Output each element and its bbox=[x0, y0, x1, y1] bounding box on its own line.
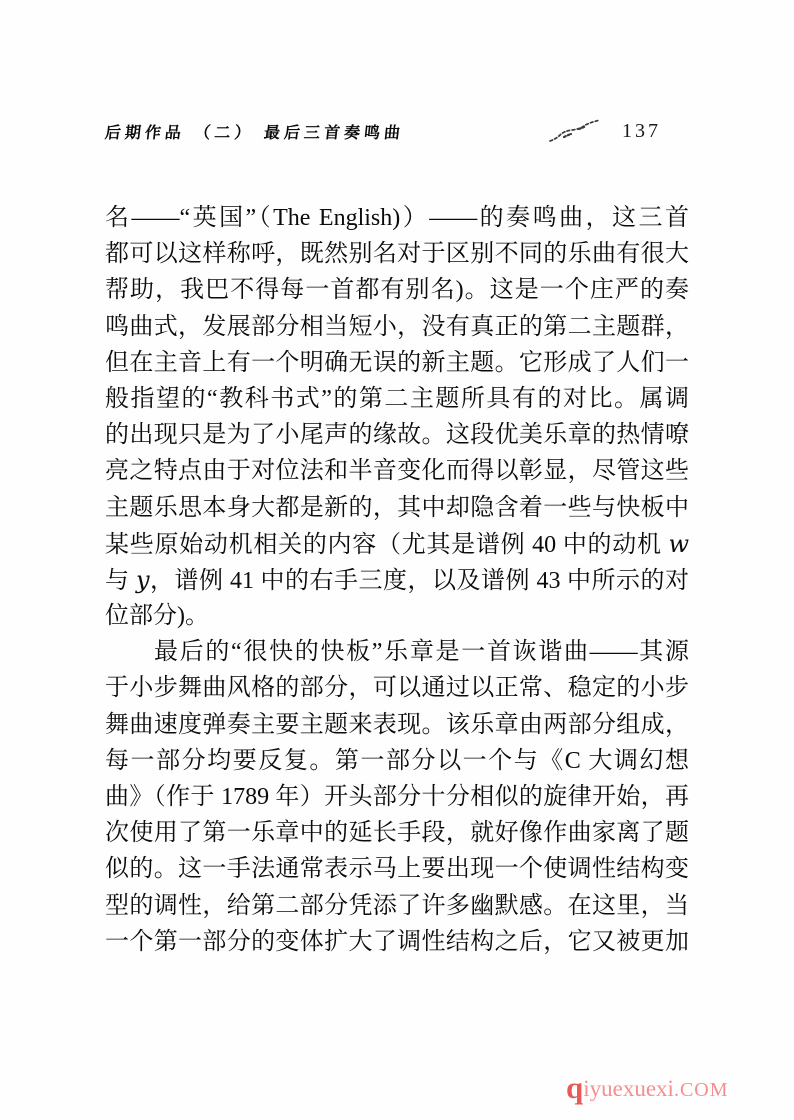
text-segment: 舞曲速度弹奏主要主题来表现。该乐章由两部分组成， bbox=[105, 712, 689, 738]
text-segment: 曲》（作于 1789 年）开头部分十分相似的旋律开始，再 bbox=[105, 784, 689, 810]
text-line: 亮之特点由于对位法和半音变化而得以彰显，尽管这些 bbox=[105, 453, 689, 489]
text-line: 舞曲速度弹奏主要主题来表现。该乐章由两部分组成， bbox=[105, 707, 689, 743]
running-title: 后期作品 （二） 最后三首奏鸣曲 bbox=[104, 120, 406, 143]
text-segment: 鸣曲式，发展部分相当短小，没有真正的第二主题群， bbox=[105, 314, 689, 340]
text-line: 名——“英国”（The English)）——的奏鸣曲，这三首 bbox=[105, 200, 689, 236]
text-segment: 名——“英国”（The English)）——的奏鸣曲，这三首 bbox=[105, 205, 689, 231]
text-line: 但在主音上有一个明确无误的新主题。它形成了人们一 bbox=[105, 345, 689, 381]
text-segment: 主题乐思本身大都是新的，其中却隐含着一些与快板中 bbox=[105, 495, 689, 521]
text-line: 都可以这样称呼，既然别名对于区别不同的乐曲有很大 bbox=[105, 236, 689, 272]
pen-scribble-icon bbox=[546, 117, 608, 145]
watermark-q: q bbox=[566, 1070, 583, 1105]
text-segment: 型的调性，给第二部分凭添了许多幽默感。在这里，当 bbox=[105, 893, 689, 919]
text-segment: 于小步舞曲风格的部分，可以通过以正常、稳定的小步 bbox=[105, 675, 689, 701]
watermark-tld: .COM bbox=[674, 1079, 729, 1101]
text-segment: 一个第一部分的变体扩大了调性结构之后，它又被更加 bbox=[105, 929, 689, 955]
watermark-name: iyuexuexi bbox=[583, 1076, 674, 1101]
text-line: 型的调性，给第二部分凭添了许多幽默感。在这里，当 bbox=[105, 888, 689, 924]
text-segment: 般指望的“教科书式”的第二主题所具有的对比。属调 bbox=[105, 386, 689, 412]
text-segment: 似的。这一手法通常表示马上要出现一个使调性结构变 bbox=[105, 856, 689, 882]
body-text: 名——“英国”（The English)）——的奏鸣曲，这三首都可以这样称呼，既… bbox=[105, 200, 689, 960]
page-header: 后期作品 （二） 最后三首奏鸣曲 137 bbox=[105, 114, 689, 148]
text-segment: 每一部分均要反复。第一部分以一个与《C 大调幻想 bbox=[105, 748, 689, 774]
site-watermark: qiyuexuexi.COM bbox=[566, 1070, 729, 1106]
text-line: 的出现只是为了小尾声的缘故。这段优美乐章的热情嘹 bbox=[105, 417, 689, 453]
text-line: 次使用了第一乐章中的延长手段，就好像作曲家离了题 bbox=[105, 815, 689, 851]
text-line: 鸣曲式，发展部分相当短小，没有真正的第二主题群， bbox=[105, 309, 689, 345]
text-segment: 某些原始动机相关的内容（尤其是谱例 40 中的动机 bbox=[105, 532, 668, 558]
text-segment: 最后的“很快的快板”乐章是一首诙谐曲——其源 bbox=[154, 639, 689, 665]
text-line: 每一部分均要反复。第一部分以一个与《C 大调幻想 bbox=[105, 743, 689, 779]
text-segment: 亮之特点由于对位法和半音变化而得以彰显，尽管这些 bbox=[105, 458, 689, 484]
book-page: 后期作品 （二） 最后三首奏鸣曲 137 名——“英国”（The English… bbox=[0, 0, 794, 1120]
motif-variable: y bbox=[136, 566, 150, 594]
text-line: 帮助，我巴不得每一首都有别名)。这是一个庄严的奏 bbox=[105, 272, 689, 308]
motif-variable: w bbox=[668, 530, 689, 558]
text-segment: 都可以这样称呼，既然别名对于区别不同的乐曲有很大 bbox=[105, 241, 689, 267]
text-line: 于小步舞曲风格的部分，可以通过以正常、稳定的小步 bbox=[105, 670, 689, 706]
text-line: 位部分)。 bbox=[105, 598, 689, 634]
text-segment: 但在主音上有一个明确无误的新主题。它形成了人们一 bbox=[105, 350, 689, 376]
text-line: 与 y，谱例 41 中的右手三度，以及谱例 43 中所示的对 bbox=[105, 562, 689, 598]
text-line: 似的。这一手法通常表示马上要出现一个使调性结构变 bbox=[105, 851, 689, 887]
text-segment: 位部分)。 bbox=[105, 603, 209, 629]
text-segment: 次使用了第一乐章中的延长手段，就好像作曲家离了题 bbox=[105, 820, 689, 846]
text-line: 某些原始动机相关的内容（尤其是谱例 40 中的动机 w bbox=[105, 526, 689, 562]
text-line: 主题乐思本身大都是新的，其中却隐含着一些与快板中 bbox=[105, 490, 689, 526]
text-segment: 的出现只是为了小尾声的缘故。这段优美乐章的热情嘹 bbox=[105, 422, 689, 448]
text-segment: 与 bbox=[105, 568, 136, 594]
text-line: 最后的“很快的快板”乐章是一首诙谐曲——其源 bbox=[105, 634, 689, 670]
text-segment: 帮助，我巴不得每一首都有别名)。这是一个庄严的奏 bbox=[105, 277, 689, 303]
text-line: 一个第一部分的变体扩大了调性结构之后，它又被更加 bbox=[105, 924, 689, 960]
text-line: 曲》（作于 1789 年）开头部分十分相似的旋律开始，再 bbox=[105, 779, 689, 815]
text-line: 般指望的“教科书式”的第二主题所具有的对比。属调 bbox=[105, 381, 689, 417]
text-segment: ，谱例 41 中的右手三度，以及谱例 43 中所示的对 bbox=[150, 568, 689, 594]
page-number: 137 bbox=[622, 120, 661, 143]
